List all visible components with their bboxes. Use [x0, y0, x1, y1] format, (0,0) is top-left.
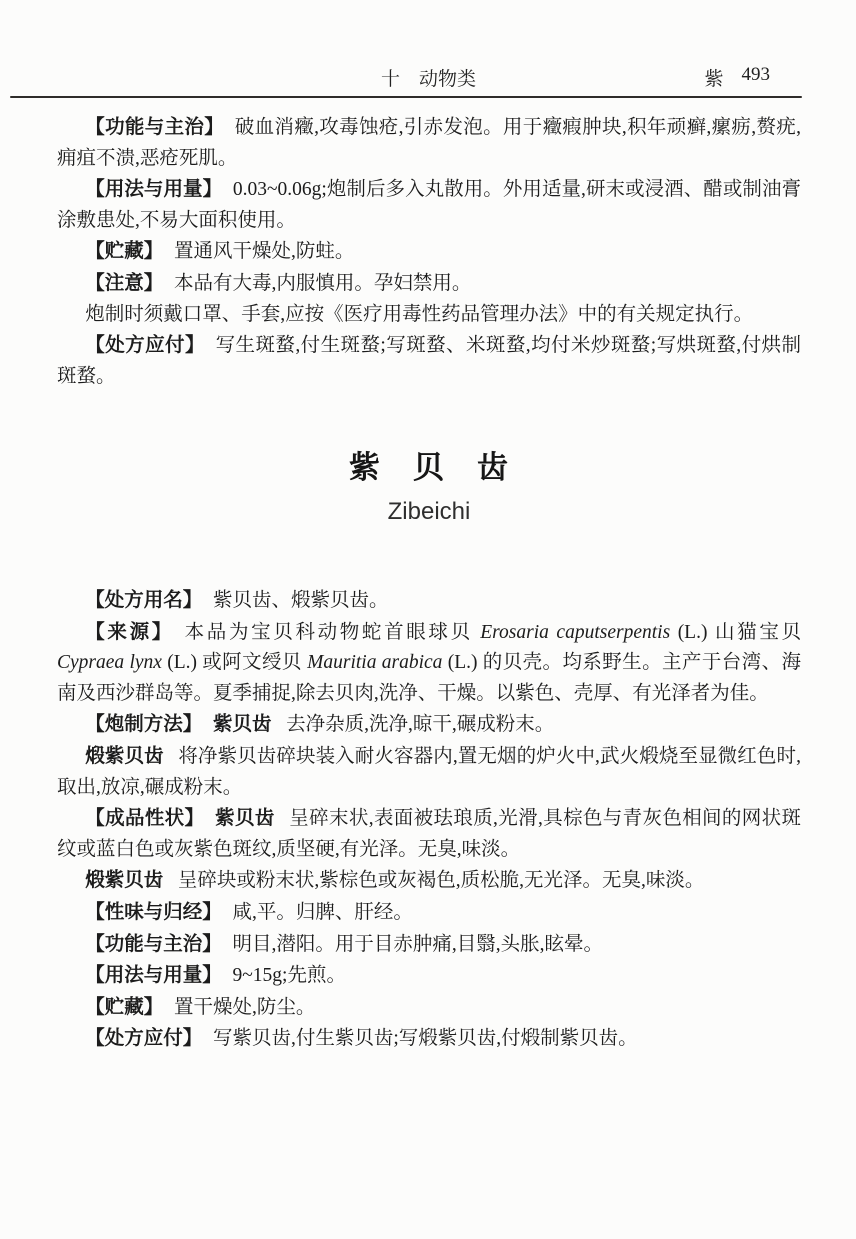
para-zhuyi: 【注意】本品有大毒,内服慎用。孕妇禁用。: [57, 268, 801, 300]
section-label: 【性味与归经】: [85, 901, 222, 923]
section-text: 本品为宝贝科动物蛇首眼球贝: [185, 622, 481, 643]
section-text: 炮制时须戴口罩、手套,应按《医疗用毒性药品管理办法》中的有关规定执行。: [85, 304, 753, 325]
header-rule: [10, 96, 802, 98]
para-duan-zibeichi-xingzhuang: 煅紫贝齿呈碎块或粉末状,紫棕色或灰褐色,质松脆,无光泽。无臭,味淡。: [57, 865, 801, 897]
section-text: 写紫贝齿,付生紫贝齿;写煅紫贝齿,付煅制紫贝齿。: [213, 1028, 638, 1049]
section-label: 【用法与用量】: [85, 964, 222, 986]
para-chufang-yingfu: 【处方应付】写紫贝齿,付生紫贝齿;写煅紫贝齿,付煅制紫贝齿。: [57, 1023, 801, 1055]
section-label: 【贮藏】: [85, 996, 163, 1018]
para-zhucang: 【贮藏】置干燥处,防尘。: [57, 992, 801, 1024]
para-yongfa-yongliang: 【用法与用量】9~15g;先煎。: [57, 960, 801, 992]
run-in-subhead: 紫贝齿: [213, 713, 272, 735]
section-text: 去净杂质,洗净,晾干,碾成粉末。: [286, 714, 554, 735]
section-text: 将净紫贝齿碎块装入耐火容器内,置无烟的炉火中,武火煅烧至显微红色时,取出,放凉,…: [57, 746, 801, 798]
section-label: 【来源】: [85, 621, 174, 643]
section-text: 9~15g;先煎。: [233, 965, 346, 986]
monograph-title-block: 紫 贝 齿 Zibeichi: [57, 449, 801, 526]
section-label: 【处方应付】: [85, 334, 205, 356]
run-in-subhead: 煅紫贝齿: [85, 745, 163, 767]
latin-species-name: Erosaria caputserpentis: [480, 622, 670, 643]
section-label: 【功能与主治】: [85, 116, 224, 138]
entry-pinyin: Zibeichi: [57, 498, 801, 526]
section-label: 【贮藏】: [85, 240, 163, 262]
chapter-heading: 十 动物类: [57, 64, 800, 91]
para-paozhi-fangfa: 【炮制方法】紫贝齿去净杂质,洗净,晾干,碾成粉末。: [57, 709, 801, 741]
latin-species-name: Mauritia arabica: [307, 652, 442, 673]
section-text: 咸,平。归脾、肝经。: [233, 902, 413, 923]
para-laiyuan: 【来源】本品为宝贝科动物蛇首眼球贝 Erosaria caputserpenti…: [57, 617, 801, 710]
para-gongneng-zhuzhi: 【功能与主治】明目,潜阳。用于目赤肿痛,目翳,头胀,眩晕。: [57, 929, 801, 961]
page-info: 紫 493: [704, 64, 770, 91]
section-label: 【功能与主治】: [85, 933, 222, 955]
para-yongfa-yongliang: 【用法与用量】0.03~0.06g;炮制后多入丸散用。外用适量,研末或浸酒、醋或…: [57, 174, 801, 236]
section-text: 置通风干燥处,防蛀。: [174, 241, 354, 262]
run-in-subhead: 煅紫贝齿: [85, 869, 163, 891]
section-text: 置干燥处,防尘。: [174, 997, 315, 1018]
para-duan-zibeichi-paozhi: 煅紫贝齿将净紫贝齿碎块装入耐火容器内,置无烟的炉火中,武火煅烧至显微红色时,取出…: [57, 741, 801, 803]
section-label: 【注意】: [85, 272, 163, 294]
entry-zibeichi: 【处方用名】紫贝齿、煅紫贝齿。 【来源】本品为宝贝科动物蛇首眼球贝 Erosar…: [57, 585, 801, 1055]
index-character: 紫: [704, 64, 723, 91]
para-chengpin-xingzhuang: 【成品性状】紫贝齿呈碎末状,表面被珐琅质,光滑,具棕色与青灰色相间的网状斑纹或蓝…: [57, 803, 801, 865]
latin-species-name: Cypraea lynx: [57, 652, 162, 673]
section-label: 【成品性状】: [85, 807, 204, 829]
book-page: 十 动物类 紫 493 【功能与主治】破血消癥,攻毒蚀疮,引赤发泡。用于癥瘕肿块…: [0, 0, 856, 1239]
para-xingwei-guijing: 【性味与归经】咸,平。归脾、肝经。: [57, 897, 801, 929]
section-label: 【处方用名】: [85, 589, 202, 611]
section-label: 【处方应付】: [85, 1027, 202, 1049]
section-text: 本品有大毒,内服慎用。孕妇禁用。: [174, 273, 471, 294]
page-header: 十 动物类 紫 493: [57, 64, 800, 92]
section-text: (L.) 山猫宝贝: [670, 622, 801, 643]
section-label: 【炮制方法】: [85, 713, 202, 735]
entry-title: 紫 贝 齿: [57, 449, 801, 487]
entry-banmao-continuation: 【功能与主治】破血消癥,攻毒蚀疮,引赤发泡。用于癥瘕肿块,积年顽癣,瘰疬,赘疣,…: [57, 112, 801, 392]
page-number: 493: [742, 64, 771, 91]
section-label: 【用法与用量】: [85, 178, 222, 200]
section-text: (L.) 或阿文绶贝: [162, 652, 307, 673]
section-text: 呈碎块或粉末状,紫棕色或灰褐色,质松脆,无光泽。无臭,味淡。: [178, 870, 705, 891]
para-chufang-yongming: 【处方用名】紫贝齿、煅紫贝齿。: [57, 585, 801, 617]
para-chufang-yingfu: 【处方应付】写生斑蝥,付生斑蝥;写斑蝥、米斑蝥,均付米炒斑蝥;写烘斑蝥,付烘制斑…: [57, 330, 801, 392]
section-text: 紫贝齿、煅紫贝齿。: [213, 590, 389, 611]
section-text: 明目,潜阳。用于目赤肿痛,目翳,头胀,眩晕。: [233, 934, 604, 955]
para-gongneng-zhuzhi: 【功能与主治】破血消癥,攻毒蚀疮,引赤发泡。用于癥瘕肿块,积年顽癣,瘰疬,赘疣,…: [57, 112, 801, 174]
run-in-subhead: 紫贝齿: [215, 807, 275, 829]
para-zhuyi-note: 炮制时须戴口罩、手套,应按《医疗用毒性药品管理办法》中的有关规定执行。: [57, 300, 801, 331]
para-zhucang: 【贮藏】置通风干燥处,防蛀。: [57, 236, 801, 268]
